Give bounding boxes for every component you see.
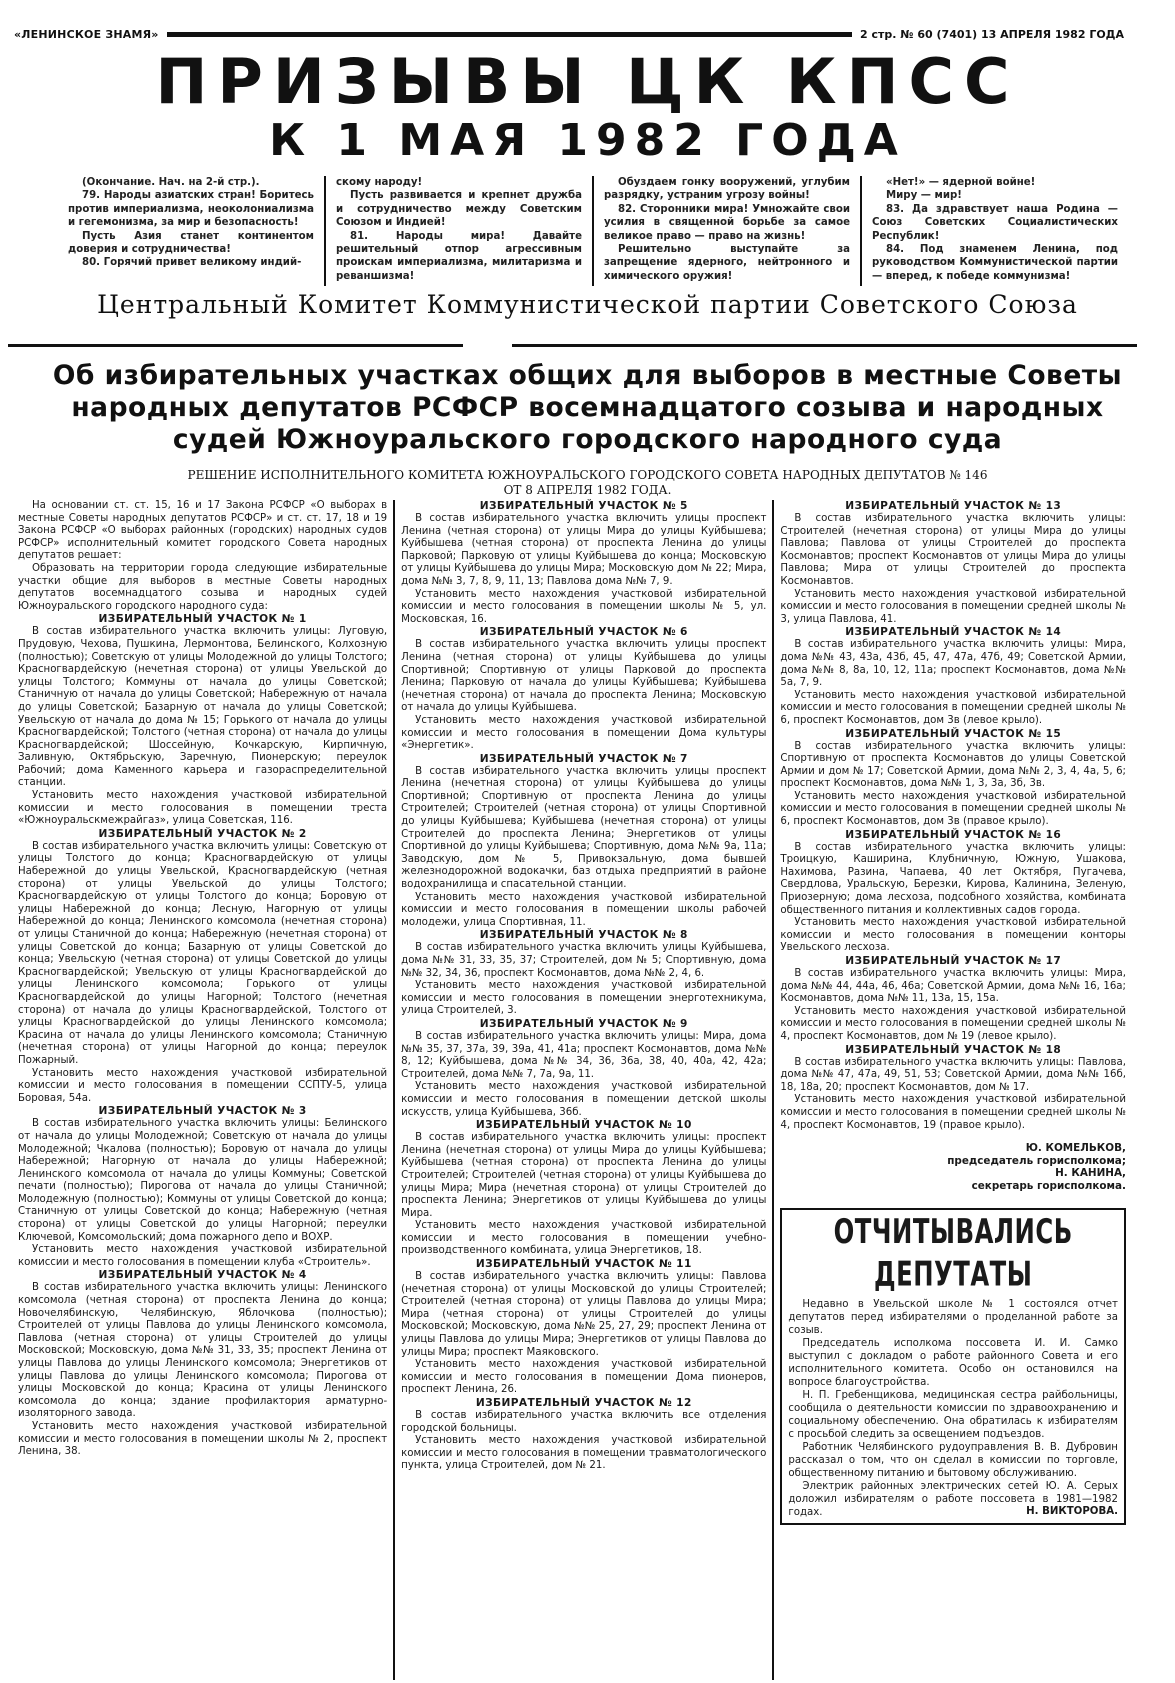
appeal-paragraph: 79. Народы азиатских стран! Боритесь про… [68,189,314,229]
intro-paragraph: Образовать на территории города следующи… [18,563,387,613]
appeal-paragraph: (Окончание. Нач. на 2-й стр.). [68,176,314,189]
precinct-section: ИЗБИРАТЕЛЬНЫЙ УЧАСТОК № 4В состав избира… [18,1269,387,1458]
precinct-location: Установить место нахождения участковой и… [401,589,766,627]
signatory-role: секретарь горисполкома. [780,1180,1126,1193]
text-column-3: ИЗБИРАТЕЛЬНЫЙ УЧАСТОК № 13В состав избир… [774,500,1132,1680]
precinct-streets: В состав избирательного участка включить… [401,1271,766,1359]
divider-rule [8,344,463,347]
signature-block: Ю. КОМЕЛЬКОВ,председатель горисполкома;Н… [780,1142,1126,1192]
main-subheadline: К 1 МАЯ 1982 ГОДА [0,118,1175,164]
precinct-streets: В состав избирательного участка включить… [401,639,766,715]
appeal-paragraph: Обуздаем гонку вооружений, углубим разря… [604,176,850,203]
appeals-column: Обуздаем гонку вооружений, углубим разря… [592,176,860,286]
precinct-streets: В состав избирательного участка включить… [18,1118,387,1244]
precinct-title: ИЗБИРАТЕЛЬНЫЙ УЧАСТОК № 1 [18,613,387,626]
precinct-section: ИЗБИРАТЕЛЬНЫЙ УЧАСТОК № 2В состав избира… [18,828,387,1105]
appeal-paragraph: 81. Народы мира! Давайте решительный отп… [336,230,582,284]
precinct-location: Установить место нахождения участковой и… [780,1094,1126,1132]
precinct-streets: В состав избирательного участка включить… [401,766,766,892]
precinct-title: ИЗБИРАТЕЛЬНЫЙ УЧАСТОК № 18 [780,1044,1126,1057]
precinct-streets: В состав избирательного участка включить… [780,741,1126,791]
precinct-location: Установить место нахождения участковой и… [780,791,1126,829]
report-box: ОТЧИТЫВАЛИСЬ ДЕПУТАТЫНедавно в Увельской… [780,1208,1126,1525]
precinct-title: ИЗБИРАТЕЛЬНЫЙ УЧАСТОК № 10 [401,1119,766,1132]
report-paragraph: Работник Челябинского рудоуправления В. … [788,1441,1118,1480]
appeals-block: (Окончание. Нач. на 2-й стр.). 79. Народ… [58,176,1128,286]
report-title: ОТЧИТЫВАЛИСЬ ДЕПУТАТЫ [788,1212,1118,1297]
appeal-paragraph: Пусть Азия станет континентом доверия и … [68,230,314,257]
appeal-paragraph: 83. Да здравствует наша Родина — Союз Со… [872,203,1118,243]
intro-paragraph: На основании ст. ст. 15, 16 и 17 Закона … [18,500,387,563]
report-paragraph: Недавно в Увельской школе № 1 состоялся … [788,1298,1118,1337]
precinct-section: ИЗБИРАТЕЛЬНЫЙ УЧАСТОК № 16В состав избир… [780,829,1126,955]
precinct-location: Установить место нахождения участковой и… [401,1359,766,1397]
precinct-title: ИЗБИРАТЕЛЬНЫЙ УЧАСТОК № 6 [401,626,766,639]
precinct-title: ИЗБИРАТЕЛЬНЫЙ УЧАСТОК № 5 [401,500,766,513]
precinct-title: ИЗБИРАТЕЛЬНЫЙ УЧАСТОК № 9 [401,1018,766,1031]
precinct-streets: В состав избирательного участка включить… [401,1410,766,1435]
precinct-title: ИЗБИРАТЕЛЬНЫЙ УЧАСТОК № 4 [18,1269,387,1282]
appeal-paragraph: 82. Сторонники мира! Умножайте свои усил… [604,203,850,243]
precinct-section: ИЗБИРАТЕЛЬНЫЙ УЧАСТОК № 9В состав избира… [401,1018,766,1119]
precinct-streets: В состав избирательного участка включить… [401,942,766,980]
precinct-section: ИЗБИРАТЕЛЬНЫЙ УЧАСТОК № 7В состав избира… [401,753,766,930]
signatory-name: Н. КАНИНА, [780,1167,1126,1180]
precinct-section: ИЗБИРАТЕЛЬНЫЙ УЧАСТОК № 12В состав избир… [401,1397,766,1473]
precinct-location: Установить место нахождения участковой и… [780,1006,1126,1044]
decree-subtitle-line: РЕШЕНИЕ ИСПОЛНИТЕЛЬНОГО КОМИТЕТА ЮЖНОУРА… [0,468,1175,483]
report-author: Н. ВИКТОРОВА. [788,1506,1118,1519]
precinct-location: Установить место нахождения участковой и… [401,892,766,930]
masthead: «ЛЕНИНСКОЕ ЗНАМЯ» 2 стр. № 60 (7401) 13 … [14,26,1124,42]
precinct-location: Установить место нахождения участковой и… [401,715,766,753]
precinct-title: ИЗБИРАТЕЛЬНЫЙ УЧАСТОК № 13 [780,500,1126,513]
precinct-location: Установить место нахождения участковой и… [780,589,1126,627]
precinct-section: ИЗБИРАТЕЛЬНЫЙ УЧАСТОК № 11В состав избир… [401,1258,766,1397]
precinct-section: ИЗБИРАТЕЛЬНЫЙ УЧАСТОК № 13В состав избир… [780,500,1126,626]
precinct-section: ИЗБИРАТЕЛЬНЫЙ УЧАСТОК № 14В состав избир… [780,626,1126,727]
precinct-streets: В состав избирательного участка включить… [18,1282,387,1421]
precinct-title: ИЗБИРАТЕЛЬНЫЙ УЧАСТОК № 12 [401,1397,766,1410]
newspaper-name: «ЛЕНИНСКОЕ ЗНАМЯ» [14,28,159,41]
decree-body: На основании ст. ст. 15, 16 и 17 Закона … [12,500,1132,1680]
appeal-paragraph: Миру — мир! [872,189,1118,202]
precinct-location: Установить место нахождения участковой и… [401,1435,766,1473]
appeal-paragraph: 80. Горячий привет великому индий- [68,256,314,269]
precinct-section: ИЗБИРАТЕЛЬНЫЙ УЧАСТОК № 6В состав избира… [401,626,766,752]
precinct-section: ИЗБИРАТЕЛЬНЫЙ УЧАСТОК № 17В состав избир… [780,955,1126,1044]
precinct-streets: В состав избирательного участка включить… [401,513,766,589]
precinct-section: ИЗБИРАТЕЛЬНЫЙ УЧАСТОК № 15В состав избир… [780,728,1126,829]
precinct-streets: В состав избирательного участка включить… [18,841,387,1068]
text-column-1: На основании ст. ст. 15, 16 и 17 Закона … [12,500,395,1680]
precinct-location: Установить место нахождения участковой и… [780,917,1126,955]
cc-signature: Центральный Комитет Коммунистической пар… [0,290,1175,319]
precinct-title: ИЗБИРАТЕЛЬНЫЙ УЧАСТОК № 14 [780,626,1126,639]
precinct-section: ИЗБИРАТЕЛЬНЫЙ УЧАСТОК № 5В состав избира… [401,500,766,626]
masthead-rule [167,32,852,37]
text-column-2: ИЗБИРАТЕЛЬНЫЙ УЧАСТОК № 5В состав избира… [395,500,774,1680]
precinct-streets: В состав избирательного участка включить… [18,626,387,790]
precinct-title: ИЗБИРАТЕЛЬНЫЙ УЧАСТОК № 7 [401,753,766,766]
decree-subtitle: РЕШЕНИЕ ИСПОЛНИТЕЛЬНОГО КОМИТЕТА ЮЖНОУРА… [0,468,1175,498]
report-paragraph: Председатель исполкома поссовета И. И. С… [788,1337,1118,1389]
precinct-title: ИЗБИРАТЕЛЬНЫЙ УЧАСТОК № 11 [401,1258,766,1271]
appeal-paragraph: Решительно выступайте за запрещение ядер… [604,243,850,283]
precinct-title: ИЗБИРАТЕЛЬНЫЙ УЧАСТОК № 8 [401,929,766,942]
precinct-title: ИЗБИРАТЕЛЬНЫЙ УЧАСТОК № 17 [780,955,1126,968]
precinct-location: Установить место нахождения участковой и… [18,1068,387,1106]
precinct-location: Установить место нахождения участковой и… [401,980,766,1018]
report-paragraph: Н. П. Гребенщикова, медицинская сестра р… [788,1389,1118,1441]
main-headline: ПРИЗЫВЫ ЦК КПСС [0,50,1175,114]
appeal-paragraph: «Нет!» — ядерной войне! [872,176,1118,189]
precinct-streets: В состав избирательного участка включить… [401,1031,766,1081]
precinct-section: ИЗБИРАТЕЛЬНЫЙ УЧАСТОК № 8В состав избира… [401,929,766,1018]
signatory-role: председатель горисполкома; [780,1155,1126,1168]
precinct-location: Установить место нахождения участковой и… [401,1081,766,1119]
decree-title: Об избирательных участках общих для выбо… [20,360,1155,456]
appeal-paragraph: скому народу! [336,176,582,189]
signatory-name: Ю. КОМЕЛЬКОВ, [780,1142,1126,1155]
precinct-section: ИЗБИРАТЕЛЬНЫЙ УЧАСТОК № 18В состав избир… [780,1044,1126,1133]
appeal-paragraph: Пусть развивается и крепнет дружба и сот… [336,189,582,229]
divider-rule [512,344,1137,347]
appeals-column: «Нет!» — ядерной войне! Миру — мир! 83. … [860,176,1128,286]
precinct-title: ИЗБИРАТЕЛЬНЫЙ УЧАСТОК № 3 [18,1105,387,1118]
precinct-section: ИЗБИРАТЕЛЬНЫЙ УЧАСТОК № 1В состав избира… [18,613,387,828]
precinct-section: ИЗБИРАТЕЛЬНЫЙ УЧАСТОК № 10В состав избир… [401,1119,766,1258]
precinct-streets: В состав избирательного участка включить… [780,513,1126,589]
precinct-location: Установить место нахождения участковой и… [18,790,387,828]
decree-date: ОТ 8 АПРЕЛЯ 1982 ГОДА. [0,483,1175,498]
precinct-location: Установить место нахождения участковой и… [780,690,1126,728]
precinct-streets: В состав избирательного участка включить… [780,842,1126,918]
precinct-location: Установить место нахождения участковой и… [18,1421,387,1459]
issue-info: 2 стр. № 60 (7401) 13 АПРЕЛЯ 1982 ГОДА [860,28,1124,41]
precinct-streets: В состав избирательного участка включить… [780,639,1126,689]
appeals-column: (Окончание. Нач. на 2-й стр.). 79. Народ… [58,176,324,286]
precinct-title: ИЗБИРАТЕЛЬНЫЙ УЧАСТОК № 2 [18,828,387,841]
precinct-location: Установить место нахождения участковой и… [401,1220,766,1258]
precinct-section: ИЗБИРАТЕЛЬНЫЙ УЧАСТОК № 3В состав избира… [18,1105,387,1269]
precinct-title: ИЗБИРАТЕЛЬНЫЙ УЧАСТОК № 16 [780,829,1126,842]
precinct-streets: В состав избирательного участка включить… [401,1132,766,1220]
appeals-column: скому народу! Пусть развивается и крепне… [324,176,592,286]
precinct-streets: В состав избирательного участка включить… [780,968,1126,1006]
appeal-paragraph: 84. Под знаменем Ленина, под руководство… [872,243,1118,283]
precinct-streets: В состав избирательного участка включить… [780,1057,1126,1095]
precinct-location: Установить место нахождения участковой и… [18,1244,387,1269]
precinct-title: ИЗБИРАТЕЛЬНЫЙ УЧАСТОК № 15 [780,728,1126,741]
